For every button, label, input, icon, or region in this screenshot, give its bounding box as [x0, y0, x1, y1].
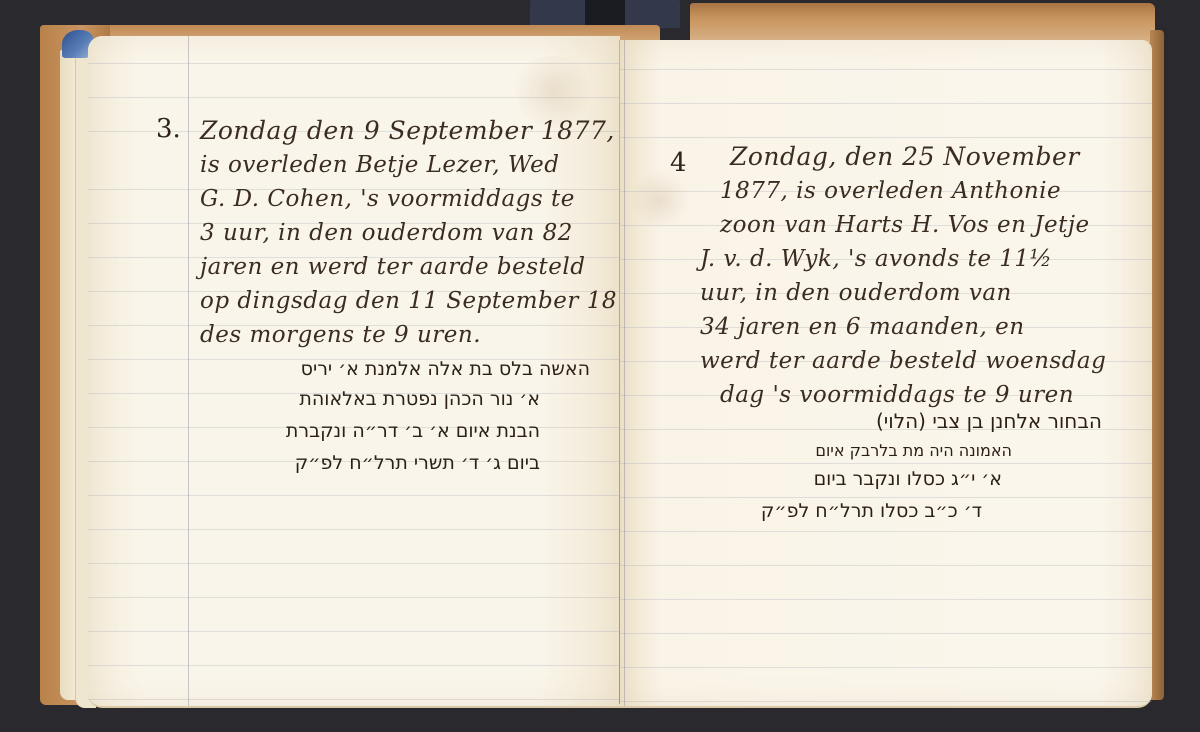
- entry-line: jaren en werd ter aarde besteld: [200, 250, 585, 284]
- entry-line: zoon van Harts H. Vos en Jetje: [720, 208, 1090, 242]
- hebrew-line: האשה בלס בת אלה אלמנת א׳ יריס: [301, 354, 590, 384]
- entry-line: 34 jaren en 6 maanden, en: [700, 310, 1025, 344]
- hebrew-line: א׳ י״ג כסלו ונקבר ביום: [814, 464, 1002, 494]
- entry-line: J. v. d. Wyk, 's avonds te 11½: [700, 242, 1052, 276]
- hebrew-line: ביום ג׳ ד׳ תשרי תרל״ח לפ״ק: [295, 448, 540, 478]
- entry-number: 3.: [156, 114, 181, 144]
- book-cover-right: [1150, 30, 1164, 700]
- book-cover-top-right: [690, 3, 1155, 43]
- paper-stain: [630, 170, 690, 230]
- hebrew-line: הבנת איום א׳ ב׳ דר״ה ונקברת: [286, 416, 540, 446]
- entry-line: G. D. Cohen, 's voormiddags te: [200, 182, 575, 216]
- hebrew-line: הבחור אלחנן בן צבי (הלוי): [876, 406, 1102, 436]
- hebrew-line: האמונה היה מת בלרבק איום: [815, 436, 1012, 466]
- entry-line: 3 uur, in den ouderdom van 82: [200, 216, 573, 250]
- margin-line: [624, 40, 625, 706]
- left-page: 3. Zondag den 9 September 1877, is overl…: [88, 36, 620, 708]
- hebrew-line: ד׳ כ״ב כסלו תרל״ח לפ״ק: [761, 496, 982, 526]
- entry-line: Zondag, den 25 November: [730, 140, 1080, 174]
- entry-line-text: is overleden Betje Lezer, Wed: [200, 152, 559, 178]
- hebrew-line: א׳ נור הכהן נפטרת באלאוהת: [299, 384, 540, 414]
- margin-line: [188, 36, 189, 706]
- entry-line: des morgens te 9 uren.: [200, 318, 481, 352]
- entry-line: op dingsdag den 11 September 1877,: [200, 284, 655, 318]
- entry-line: 1877, is overleden Anthonie: [720, 174, 1061, 208]
- right-page: 4 Zondag, den 25 November 1877, is overl…: [620, 40, 1152, 708]
- background-object: [530, 0, 680, 28]
- entry-line: uur, in den ouderdom van: [700, 276, 1012, 310]
- entry-line: is overleden Betje Lezer, Wed: [200, 148, 559, 182]
- entry-line: werd ter aarde besteld woensdag: [700, 344, 1106, 378]
- entry-line: Zondag den 9 September 1877,: [200, 114, 615, 148]
- entry-number: 4: [670, 148, 687, 178]
